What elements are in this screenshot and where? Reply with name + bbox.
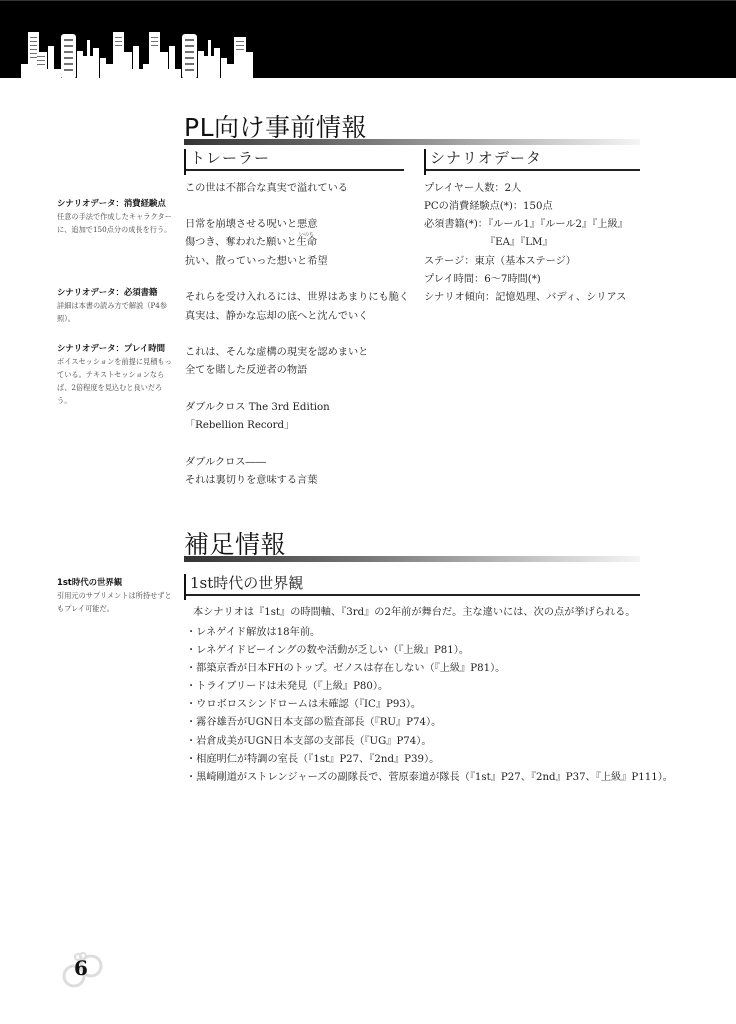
heading-marker <box>184 574 186 600</box>
trailer-line: それらを受け入れるには、世界はあまりにも脆く <box>185 291 409 305</box>
city-skyline-icon <box>0 1 736 79</box>
trailer-line: 全てを賭した反逆者の物語 <box>185 364 307 378</box>
section-title-rule <box>184 139 640 145</box>
trailer-line: この世は不都合な真実で溢れている <box>185 182 348 196</box>
heading-marker <box>424 149 426 175</box>
scenario-data-playtime: プレイ時間：6～7時間(*) <box>424 273 541 287</box>
supplement-bullet: ・ウロボロスシンドロームは未確認（『IC』P93）。 <box>186 698 421 712</box>
trailer-line: ダブルクロス The 3rd Edition <box>185 401 330 415</box>
header-skyline-banner <box>0 0 736 78</box>
page-number: 6 <box>74 956 88 980</box>
trailer-line: ダブルクロス―― <box>185 456 266 470</box>
sidebar-note-title: シナリオデータ：必須書籍 <box>57 286 172 299</box>
sidebar-note-1st-era: 1st時代の世界観 引用元のサプリメントは所持せずともプレイ可能だ。 <box>57 576 172 615</box>
supplement-bullet: ・トライブリードは未発見（『上級』P80）。 <box>186 680 388 694</box>
scenario-data-players: プレイヤー人数：2人 <box>424 182 521 196</box>
scenario-data-books-cont: 『EA』『LM』 <box>485 236 553 250</box>
sidebar-note-title: シナリオデータ：プレイ時間 <box>57 342 172 355</box>
supplement-bullet: ・霧谷雄吾がUGN日本支部の監査部長（『RU』P74）。 <box>186 716 441 730</box>
subheading-scenario-data: シナリオデータ <box>424 149 640 171</box>
subheading-label: 1st時代の世界観 <box>190 572 303 593</box>
trailer-line: 日常を崩壊させる呪いと悪意 <box>185 218 317 232</box>
sidebar-note-text: ボイスセッションを前提に見積もっている。テキストセッションならば、2倍程度を見込… <box>57 355 172 407</box>
supplement-intro: 本シナリオは『1st』の時間軸、『3rd』の2年前が舞台だ。主な違いには、次の点… <box>193 606 635 620</box>
sidebar-note-books: シナリオデータ：必須書籍 詳細は本書の読み方で解説（P4参照）。 <box>57 286 172 325</box>
sidebar-note-title: シナリオデータ：消費経験点 <box>57 197 172 210</box>
trailer-line: それは裏切りを意味する言葉 <box>185 474 317 488</box>
page-footer: 6 <box>58 950 108 990</box>
scenario-data-books: 必須書籍(*)：『ルール1』『ルール2』『上級』 <box>424 218 628 232</box>
subheading-1st-era: 1st時代の世界観 <box>184 574 640 596</box>
sidebar-note-exp: シナリオデータ：消費経験点 任意の手法で作成したキャラクターに、追加で150点分… <box>57 197 172 236</box>
trailer-line: 「Rebellion Record」 <box>185 419 294 433</box>
sidebar-note-text: 任意の手法で作成したキャラクターに、追加で150点分の成長を行う。 <box>57 210 172 236</box>
supplement-bullet: ・レネゲイドビーイングの数や活動が乏しい（『上級』P81）。 <box>186 644 469 658</box>
subheading-trailer: トレーラー <box>184 149 404 171</box>
trailer-line: これは、そんな虚構の現実を認めまいと <box>185 346 368 360</box>
sidebar-note-title: 1st時代の世界観 <box>57 576 172 589</box>
heading-marker <box>184 149 186 175</box>
trailer-line: 抗い、散っていった想いと希望 <box>185 255 328 269</box>
trailer-line: 傷つき、奪われた願いと生命 <box>185 236 317 250</box>
supplement-bullet: ・都築京香が日本FHのトップ。ゼノスは存在しない（『上級』P81）。 <box>186 662 505 676</box>
ruby-reading: いのち <box>299 231 314 238</box>
supplement-bullet: ・岩倉成美がUGN日本支部の支部長（『UG』P74）。 <box>186 735 432 749</box>
scenario-data-stage: ステージ：東京（基本ステージ） <box>424 255 576 269</box>
trailer-line: 真実は、静かな忘却の底へと沈んでいく <box>185 310 368 324</box>
sidebar-note-text: 詳細は本書の読み方で解説（P4参照）。 <box>57 299 172 325</box>
section-title-rule <box>184 556 640 562</box>
subheading-label: トレーラー <box>190 147 270 168</box>
scenario-data-exp: PCの消費経験点(*)：150点 <box>424 200 553 214</box>
scenario-data-tendency: シナリオ傾向：記憶処理、バディ、シリアス <box>424 291 626 305</box>
subheading-label: シナリオデータ <box>430 147 542 168</box>
sidebar-note-playtime: シナリオデータ：プレイ時間 ボイスセッションを前提に見積もっている。テキストセッ… <box>57 342 172 407</box>
supplement-bullet: ・相庭明仁が特調の室長（『1st』P27、『2nd』P39）。 <box>186 753 439 767</box>
supplement-bullet: ・レネゲイド解放は18年前。 <box>186 626 320 640</box>
supplement-bullet: ・黒崎剛道がストレンジャーズの副隊長で、菅原泰道が隊長（『1st』P27、『2n… <box>186 771 673 785</box>
sidebar-note-text: 引用元のサプリメントは所持せずともプレイ可能だ。 <box>57 589 172 615</box>
